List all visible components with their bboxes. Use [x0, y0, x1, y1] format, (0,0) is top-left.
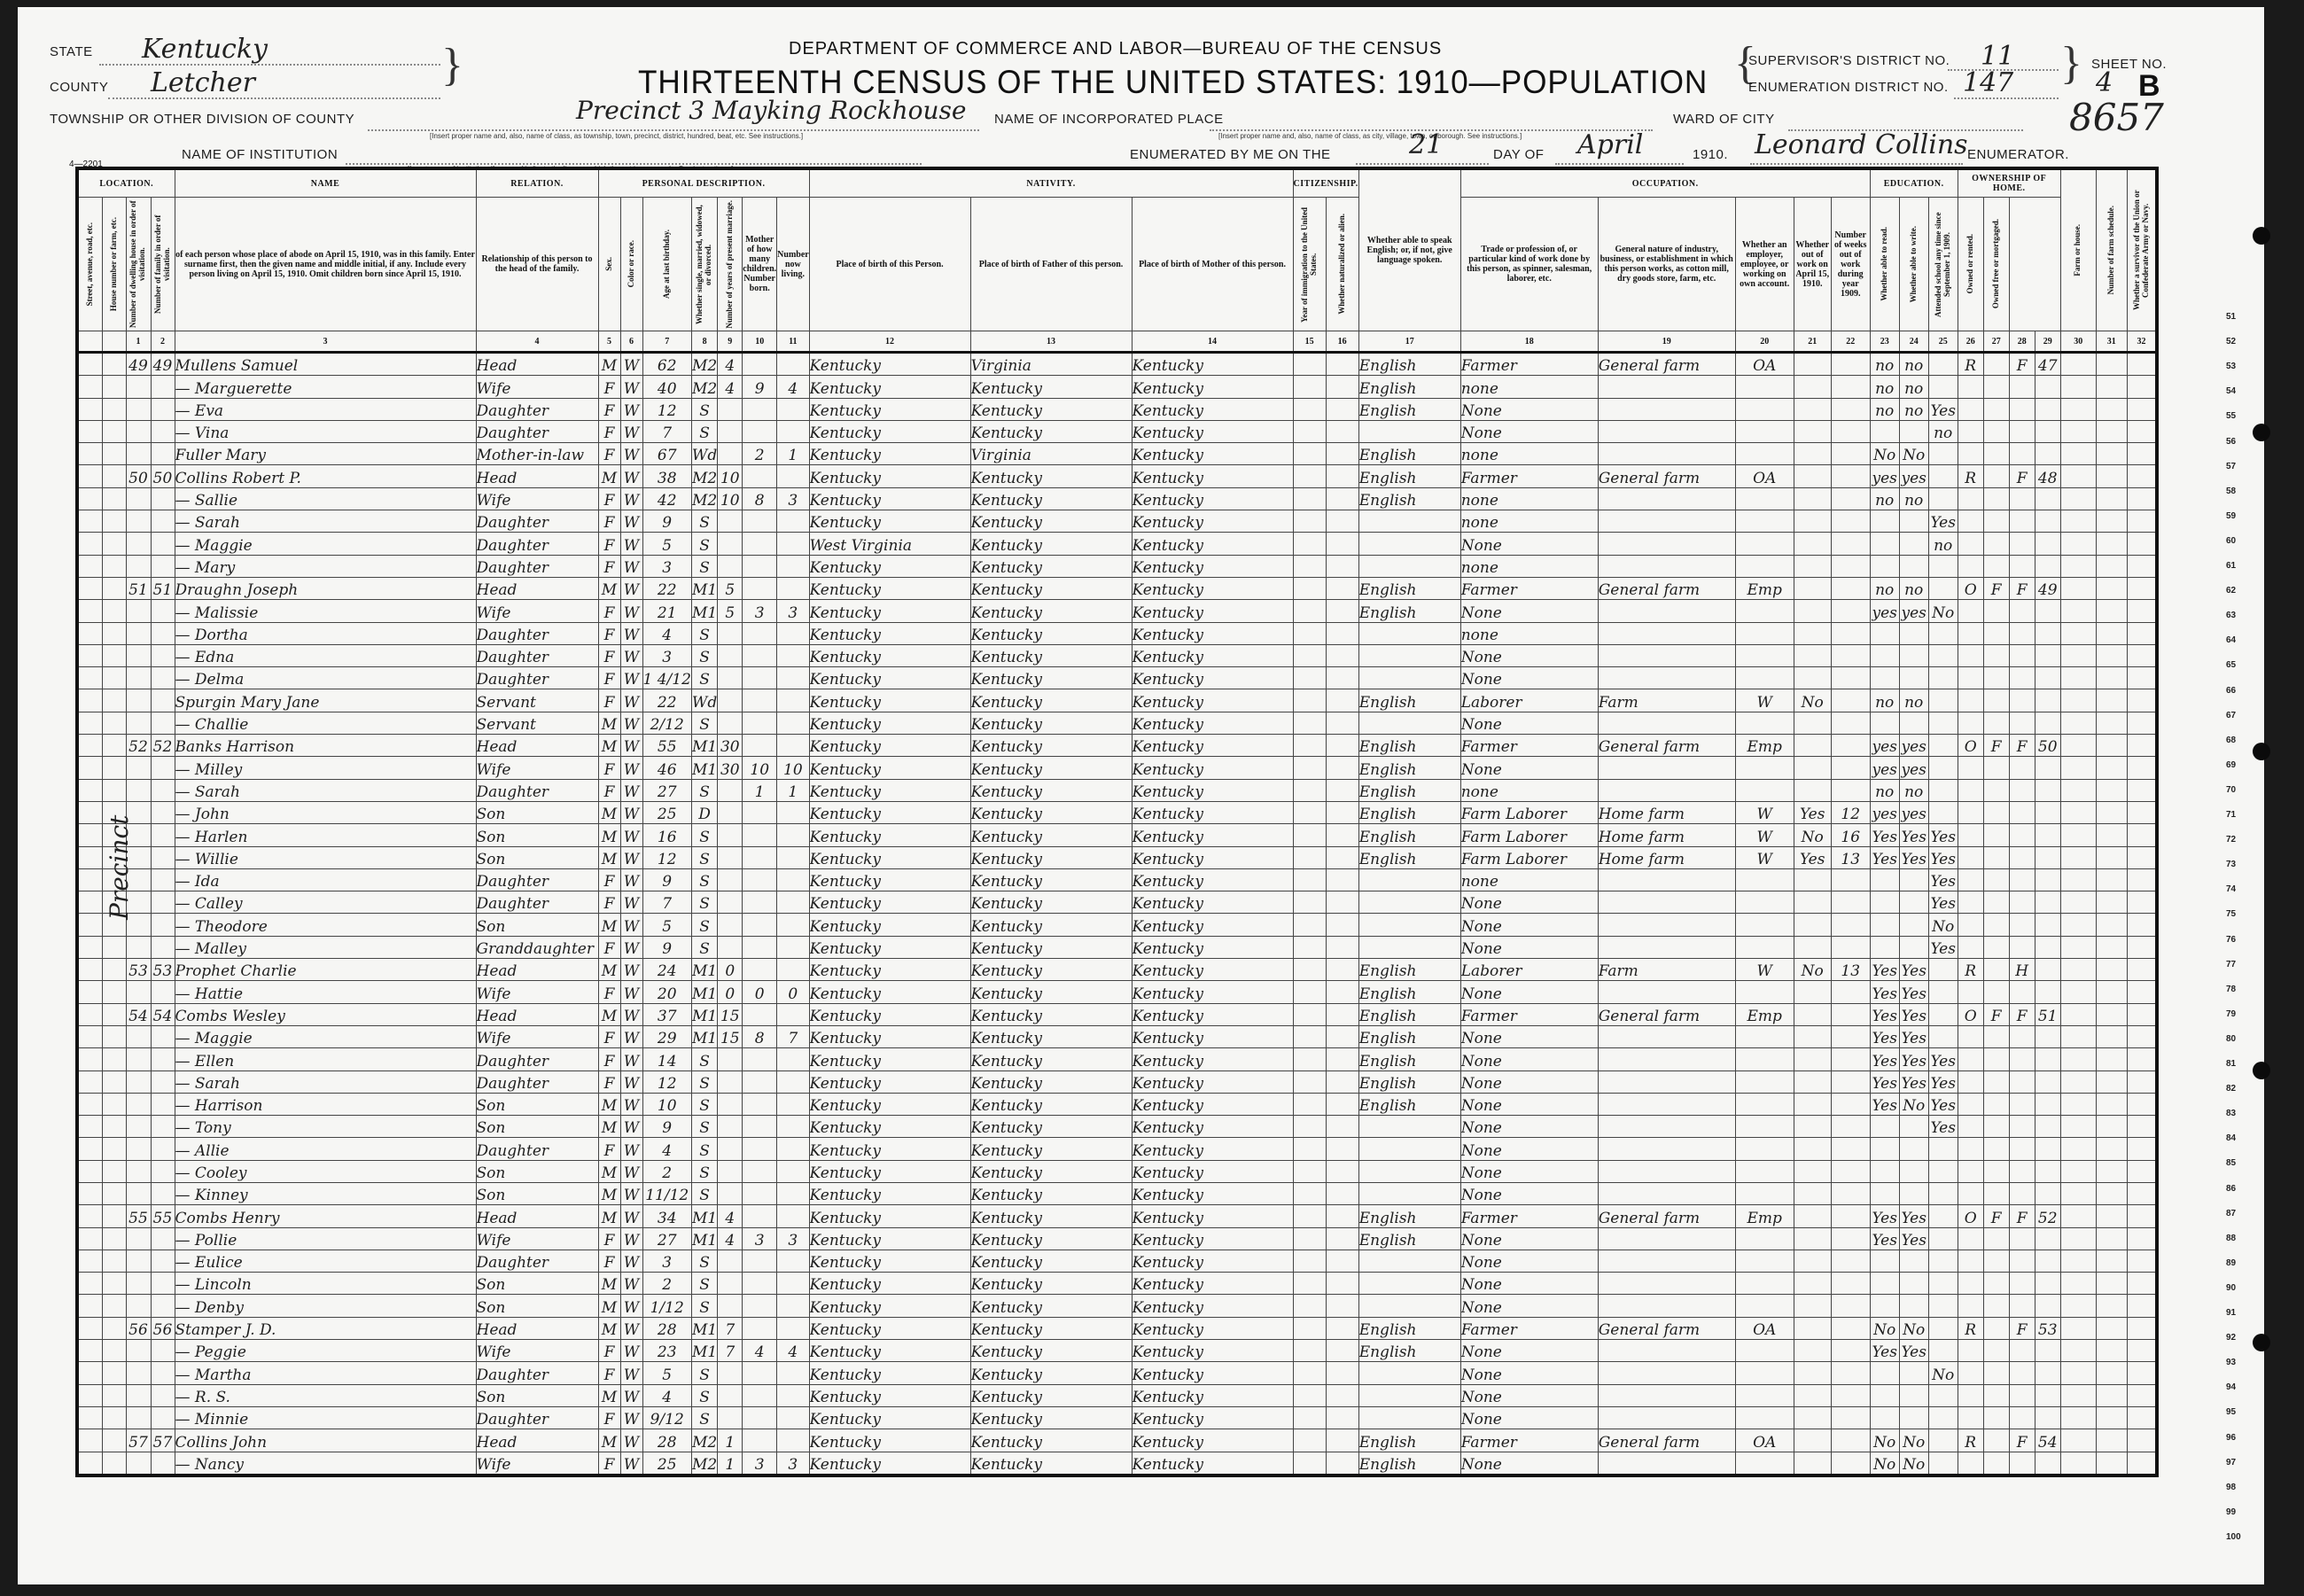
cell-lang: [1358, 1273, 1460, 1295]
cell-read: [1870, 420, 1899, 442]
cell-empty: [1293, 420, 1326, 442]
cell-race: W: [620, 1182, 642, 1204]
column-header: Number of years of present marriage.: [718, 198, 743, 331]
cell-empty: [102, 510, 126, 533]
cell-ind: [1598, 376, 1735, 398]
cell-empty: [1293, 981, 1326, 1003]
cell-read: Yes: [1870, 959, 1899, 981]
cell-race: W: [620, 487, 642, 510]
cell-write: [1899, 1138, 1928, 1160]
cell-mar: M2: [691, 465, 717, 487]
cell-school: Yes: [1928, 1093, 1958, 1115]
cell-empty: [1293, 577, 1326, 599]
township-hint: [Insert proper name and, also, name of c…: [430, 132, 803, 140]
cell-empty: [102, 465, 126, 487]
cell-weeks: 13: [1831, 959, 1870, 981]
cell-ind: General farm: [1598, 353, 1735, 376]
cell-school: [1928, 959, 1958, 981]
cell-empty: [77, 914, 102, 936]
cell-empty: [1293, 1295, 1326, 1317]
cell-occ: None: [1460, 712, 1598, 734]
cell-empty: [2060, 1384, 2096, 1406]
cell-name: — John: [175, 801, 476, 823]
cell-born: [743, 712, 777, 734]
cell-sex: F: [598, 868, 620, 891]
cell-weeks: [1831, 1025, 1870, 1047]
cell-weeks: [1831, 914, 1870, 936]
cell-fam: [151, 555, 175, 577]
cell-empty: [2127, 353, 2157, 376]
cell-write: No: [1899, 1317, 1928, 1339]
cell-ind: [1598, 1093, 1735, 1115]
cell-empty: [102, 600, 126, 622]
column-number: 25: [1928, 331, 1958, 353]
column-group-header: Whether a survivor of the Union or Confe…: [2127, 168, 2157, 331]
cell-empty: [102, 1295, 126, 1317]
cell-yrs: [718, 936, 743, 958]
cell-dw: [126, 1452, 151, 1475]
cell-emp: [1735, 622, 1794, 644]
column-number: 20: [1735, 331, 1794, 353]
cell-age: 37: [642, 1003, 691, 1025]
cell-lang: English: [1358, 1317, 1460, 1339]
cell-empty: [2096, 465, 2127, 487]
cell-empty: [1326, 1273, 1358, 1295]
cell-free: [1983, 398, 2009, 420]
cell-occ: none: [1460, 443, 1598, 465]
cell-fam: [151, 600, 175, 622]
township-label: Township or other division of county: [50, 112, 354, 127]
cell-school: No: [1928, 1362, 1958, 1384]
cell-name: — Calley: [175, 891, 476, 914]
cell-age: 12: [642, 1070, 691, 1093]
cell-free: [1983, 689, 2009, 712]
column-header: General nature of industry, business, or…: [1598, 198, 1735, 331]
cell-fbp: Kentucky: [970, 1362, 1132, 1384]
cell-out: [1794, 712, 1831, 734]
cell-dw: [126, 779, 151, 801]
line-number: 89: [2226, 1258, 2236, 1268]
cell-lang: [1358, 1160, 1460, 1182]
cell-empty: [2096, 1295, 2127, 1317]
cell-school: [1928, 1003, 1958, 1025]
cell-emp: [1735, 1025, 1794, 1047]
cell-bp: Kentucky: [809, 1138, 970, 1160]
cell-ind: [1598, 1182, 1735, 1204]
cell-empty: [2096, 1048, 2127, 1070]
cell-mbp: Kentucky: [1132, 353, 1293, 376]
cell-mbp: Kentucky: [1132, 1182, 1293, 1204]
cell-born: [743, 398, 777, 420]
cell-age: 2/12: [642, 712, 691, 734]
cell-rel: Head: [476, 735, 598, 757]
cell-mar: S: [691, 533, 717, 555]
cell-born: [743, 735, 777, 757]
cell-dw: [126, 1340, 151, 1362]
cell-sex: M: [598, 1116, 620, 1138]
cell-yrs: [718, 689, 743, 712]
line-number: 66: [2226, 686, 2236, 696]
cell-living: [777, 1182, 809, 1204]
cell-sex: F: [598, 622, 620, 644]
line-number: 55: [2226, 411, 2236, 421]
cell-fbp: Kentucky: [970, 1025, 1132, 1047]
cell-empty: [77, 1116, 102, 1138]
cell-empty: [102, 936, 126, 958]
cell-mbp: Kentucky: [1132, 1205, 1293, 1227]
cell-empty: [77, 1273, 102, 1295]
cell-age: 67: [642, 443, 691, 465]
cell-sched: [2035, 1227, 2060, 1250]
cell-own: O: [1958, 735, 1983, 757]
cell-sex: F: [598, 1048, 620, 1070]
cell-school: Yes: [1928, 868, 1958, 891]
cell-occ: none: [1460, 622, 1598, 644]
cell-weeks: 13: [1831, 846, 1870, 868]
cell-empty: [77, 1048, 102, 1070]
cell-bp: Kentucky: [809, 757, 970, 779]
cell-fam: [151, 622, 175, 644]
cell-empty: [2096, 914, 2127, 936]
cell-empty: [102, 1093, 126, 1115]
cell-ind: General farm: [1598, 1317, 1735, 1339]
cell-empty: [1326, 443, 1358, 465]
cell-race: W: [620, 868, 642, 891]
cell-write: Yes: [1899, 846, 1928, 868]
cell-dw: [126, 667, 151, 689]
cell-name: — Harrison: [175, 1093, 476, 1115]
cell-farm: [2009, 487, 2035, 510]
cell-empty: [2060, 1116, 2096, 1138]
cell-write: [1899, 1362, 1928, 1384]
table-row: — MaryDaughterFW3SKentuckyKentuckyKentuc…: [77, 555, 2157, 577]
cell-empty: [2096, 1362, 2127, 1384]
cell-occ: none: [1460, 779, 1598, 801]
cell-emp: [1735, 868, 1794, 891]
cell-free: [1983, 487, 2009, 510]
cell-own: O: [1958, 1003, 1983, 1025]
cell-sex: M: [598, 1182, 620, 1204]
cell-born: [743, 1138, 777, 1160]
line-number: 68: [2226, 736, 2236, 745]
cell-school: no: [1928, 420, 1958, 442]
cell-name: — Marguerette: [175, 376, 476, 398]
cell-dw: [126, 757, 151, 779]
line-number: 73: [2226, 860, 2236, 869]
cell-farm: [2009, 376, 2035, 398]
cell-born: 4: [743, 1340, 777, 1362]
cell-free: [1983, 1340, 2009, 1362]
cell-empty: [102, 1116, 126, 1138]
cell-age: 23: [642, 1340, 691, 1362]
cell-ind: Farm: [1598, 959, 1735, 981]
cell-empty: [2060, 577, 2096, 599]
cell-race: W: [620, 936, 642, 958]
cell-out: [1794, 1138, 1831, 1160]
column-header: Number of dwelling house in order of vis…: [126, 198, 151, 331]
cell-empty: [102, 1182, 126, 1204]
cell-empty: [1293, 1048, 1326, 1070]
cell-own: [1958, 801, 1983, 823]
cell-weeks: [1831, 1160, 1870, 1182]
cell-empty: [1293, 465, 1326, 487]
cell-write: yes: [1899, 465, 1928, 487]
cell-empty: [2127, 1452, 2157, 1475]
cell-empty: [1326, 376, 1358, 398]
cell-born: 8: [743, 487, 777, 510]
supervisor-label: Supervisor's District No.: [1748, 53, 1950, 68]
cell-weeks: [1831, 1429, 1870, 1452]
cell-weeks: [1831, 779, 1870, 801]
cell-write: Yes: [1899, 1205, 1928, 1227]
cell-out: [1794, 487, 1831, 510]
table-row: — VinaDaughterFW7SKentuckyKentuckyKentuc…: [77, 420, 2157, 442]
cell-race: W: [620, 779, 642, 801]
cell-write: [1899, 891, 1928, 914]
cell-empty: [1326, 712, 1358, 734]
cell-age: 42: [642, 487, 691, 510]
table-row: — PollieWifeFW27M1433KentuckyKentuckyKen…: [77, 1227, 2157, 1250]
cell-rel: Head: [476, 1429, 598, 1452]
cell-fbp: Kentucky: [970, 1182, 1132, 1204]
cell-age: 16: [642, 824, 691, 846]
cell-free: [1983, 1317, 2009, 1339]
cell-yrs: [718, 712, 743, 734]
column-number: 16: [1326, 331, 1358, 353]
cell-read: yes: [1870, 600, 1899, 622]
cell-bp: Kentucky: [809, 398, 970, 420]
cell-empty: [1293, 801, 1326, 823]
cell-race: W: [620, 1317, 642, 1339]
cell-age: 2: [642, 1160, 691, 1182]
cell-empty: [1293, 1025, 1326, 1047]
cell-mbp: Kentucky: [1132, 443, 1293, 465]
cell-emp: [1735, 891, 1794, 914]
cell-read: Yes: [1870, 981, 1899, 1003]
cell-own: [1958, 981, 1983, 1003]
cell-living: [777, 1362, 809, 1384]
cell-empty: [2060, 376, 2096, 398]
column-number: 21: [1794, 331, 1831, 353]
column-header: Place of birth of Mother of this person.: [1132, 198, 1293, 331]
cell-occ: None: [1460, 936, 1598, 958]
cell-out: [1794, 1429, 1831, 1452]
cell-living: [777, 801, 809, 823]
cell-mbp: Kentucky: [1132, 600, 1293, 622]
cell-empty: [1293, 533, 1326, 555]
cell-mbp: Kentucky: [1132, 801, 1293, 823]
cell-empty: [1326, 868, 1358, 891]
cell-age: 4: [642, 1138, 691, 1160]
enumeration-value: 147: [1963, 67, 2013, 98]
cell-living: [777, 465, 809, 487]
cell-own: O: [1958, 577, 1983, 599]
cell-born: [743, 1205, 777, 1227]
table-row: — NancyWifeFW25M2133KentuckyKentuckyKent…: [77, 1452, 2157, 1475]
cell-farm: [2009, 824, 2035, 846]
cell-sched: [2035, 1070, 2060, 1093]
cell-name: — Sarah: [175, 510, 476, 533]
cell-free: [1983, 1182, 2009, 1204]
cell-living: 4: [777, 376, 809, 398]
cell-race: W: [620, 667, 642, 689]
cell-ind: General farm: [1598, 735, 1735, 757]
cell-empty: [77, 1205, 102, 1227]
cell-weeks: [1831, 465, 1870, 487]
cell-empty: [2060, 735, 2096, 757]
cell-own: [1958, 1138, 1983, 1160]
cell-sched: 49: [2035, 577, 2060, 599]
cell-born: [743, 689, 777, 712]
cell-empty: [2096, 712, 2127, 734]
cell-living: 10: [777, 757, 809, 779]
cell-born: [743, 1182, 777, 1204]
cell-read: No: [1870, 443, 1899, 465]
cell-occ: None: [1460, 1116, 1598, 1138]
cell-empty: [1326, 1384, 1358, 1406]
cell-fbp: Kentucky: [970, 398, 1132, 420]
cell-weeks: [1831, 1317, 1870, 1339]
cell-race: W: [620, 914, 642, 936]
cell-bp: Kentucky: [809, 600, 970, 622]
cell-ind: [1598, 779, 1735, 801]
cell-sex: F: [598, 533, 620, 555]
cell-ind: General farm: [1598, 1003, 1735, 1025]
cell-empty: [77, 846, 102, 868]
cell-school: No: [1928, 600, 1958, 622]
cell-name: — Delma: [175, 667, 476, 689]
cell-empty: [77, 1250, 102, 1272]
cell-rel: Daughter: [476, 891, 598, 914]
cell-living: 0: [777, 981, 809, 1003]
cell-yrs: [718, 1295, 743, 1317]
cell-empty: [1293, 779, 1326, 801]
cell-weeks: [1831, 891, 1870, 914]
cell-empty: [2060, 443, 2096, 465]
cell-out: Yes: [1794, 801, 1831, 823]
cell-sex: M: [598, 1160, 620, 1182]
cell-emp: W: [1735, 824, 1794, 846]
column-group-header: PERSONAL DESCRIPTION.: [598, 168, 809, 198]
line-number: 53: [2226, 362, 2236, 371]
cell-empty: [2060, 353, 2096, 376]
cell-dw: 49: [126, 353, 151, 376]
cell-bp: Kentucky: [809, 622, 970, 644]
cell-empty: [77, 1406, 102, 1429]
cell-empty: [2127, 1340, 2157, 1362]
cell-age: 2: [642, 1273, 691, 1295]
cell-empty: [2060, 1452, 2096, 1475]
cell-age: 7: [642, 891, 691, 914]
cell-empty: [102, 376, 126, 398]
cell-read: [1870, 914, 1899, 936]
cell-sched: [2035, 1160, 2060, 1182]
cell-empty: [1293, 1116, 1326, 1138]
cell-empty: [102, 1340, 126, 1362]
cell-school: No: [1928, 914, 1958, 936]
column-number: 31: [2096, 331, 2127, 353]
cell-born: 3: [743, 1227, 777, 1250]
column-header: Color or race.: [620, 198, 642, 331]
cell-dw: [126, 1273, 151, 1295]
cell-dw: [126, 533, 151, 555]
cell-name: Collins John: [175, 1429, 476, 1452]
cell-empty: [102, 622, 126, 644]
cell-school: Yes: [1928, 510, 1958, 533]
cell-born: [743, 891, 777, 914]
cell-empty: [2060, 712, 2096, 734]
cell-empty: [1326, 1070, 1358, 1093]
cell-own: [1958, 376, 1983, 398]
cell-emp: [1735, 1340, 1794, 1362]
cell-fbp: Kentucky: [970, 868, 1132, 891]
cell-name: — Sarah: [175, 779, 476, 801]
cell-born: [743, 353, 777, 376]
cell-empty: [2096, 1429, 2127, 1452]
column-group-header: Farm or house.: [2060, 168, 2096, 331]
cell-farm: F: [2009, 1205, 2035, 1227]
cell-yrs: [718, 779, 743, 801]
cell-free: [1983, 533, 2009, 555]
cell-empty: [2127, 465, 2157, 487]
cell-farm: [2009, 644, 2035, 666]
cell-empty: [77, 824, 102, 846]
cell-school: [1928, 1227, 1958, 1250]
cell-free: F: [1983, 735, 2009, 757]
cell-free: [1983, 846, 2009, 868]
column-header: Whether an employer, employee, or workin…: [1735, 198, 1794, 331]
line-number: 91: [2226, 1308, 2236, 1318]
cell-sex: F: [598, 1138, 620, 1160]
cell-bp: Kentucky: [809, 981, 970, 1003]
cell-out: [1794, 1295, 1831, 1317]
cell-ind: [1598, 533, 1735, 555]
cell-empty: [77, 801, 102, 823]
cell-empty: [1326, 1025, 1358, 1047]
cell-race: W: [620, 1340, 642, 1362]
cell-farm: [2009, 1116, 2035, 1138]
cell-race: W: [620, 1070, 642, 1093]
cell-living: [777, 1048, 809, 1070]
cell-farm: [2009, 510, 2035, 533]
cell-mar: M1: [691, 757, 717, 779]
cell-empty: [1293, 1362, 1326, 1384]
cell-age: 28: [642, 1317, 691, 1339]
cell-sex: F: [598, 487, 620, 510]
cell-emp: OA: [1735, 465, 1794, 487]
cell-emp: [1735, 555, 1794, 577]
cell-out: [1794, 353, 1831, 376]
cell-fbp: Kentucky: [970, 891, 1132, 914]
cell-age: 9: [642, 510, 691, 533]
cell-empty: [102, 1384, 126, 1406]
cell-farm: [2009, 1138, 2035, 1160]
cell-weeks: [1831, 510, 1870, 533]
cell-rel: Wife: [476, 1452, 598, 1475]
cell-own: [1958, 824, 1983, 846]
column-header: Sex.: [598, 198, 620, 331]
cell-read: no: [1870, 689, 1899, 712]
cell-empty: [2127, 398, 2157, 420]
cell-bp: Kentucky: [809, 735, 970, 757]
cell-rel: Son: [476, 824, 598, 846]
cell-school: [1928, 801, 1958, 823]
cell-own: [1958, 1070, 1983, 1093]
cell-empty: [1293, 1340, 1326, 1362]
cell-empty: [1293, 1138, 1326, 1160]
cell-empty: [2096, 1406, 2127, 1429]
cell-race: W: [620, 577, 642, 599]
